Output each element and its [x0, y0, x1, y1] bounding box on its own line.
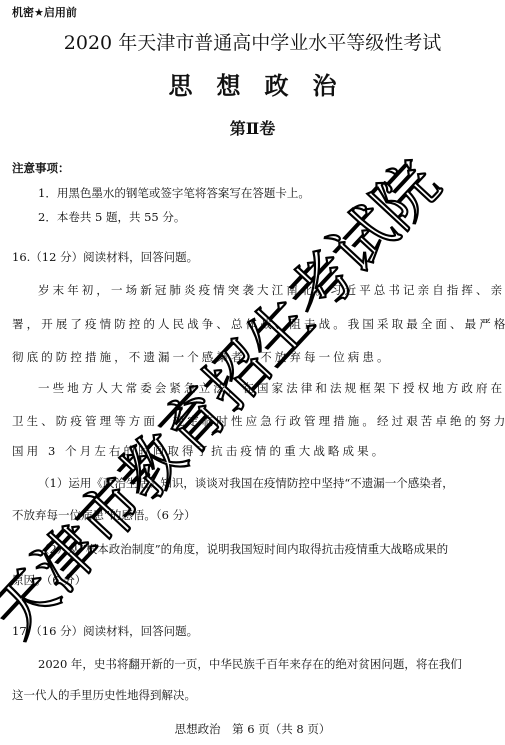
- sub-question-1-cont: 不放弃每一位病患”的感悟。（6 分）: [12, 507, 196, 523]
- question-16-heading: 16.（12 分）阅读材料，回答问题。: [12, 249, 198, 265]
- page-footer: 思想政治 第 6 页（共 8 页）: [0, 721, 505, 737]
- material-line: 这一代人的手里历史性地得到解决。: [12, 687, 196, 703]
- material-line: 卫生、防疫管理等方面，规定临时性应急行政管理措施。经过艰苦卓绝的努力，我: [12, 413, 505, 429]
- material-line: 2020 年，史书将翻开新的一页，中华民族千百年来存在的绝对贫困问题，将在我们: [38, 656, 462, 672]
- notice-item: 2．本卷共 5 题，共 55 分。: [38, 209, 185, 225]
- question-17-heading: 17.（16 分）阅读材料，回答问题。: [12, 623, 198, 639]
- material-line: 国用 3 个月左右的时间取得了抗击疫情的重大战略成果。: [12, 443, 386, 459]
- notice-heading: 注意事项：: [12, 160, 70, 176]
- sub-question-1: （1）运用《政治生活》知识，谈谈对我国在疫情防控中坚持“不遗漏一个感染者，: [38, 475, 454, 491]
- sub-question-2: （2）从“根本政治制度”的角度，说明我国短时间内取得抗击疫情重大战略成果的: [38, 541, 448, 557]
- material-line: 一些地方人大常委会紧急立法，在国家法律和法规框架下授权地方政府在医疗: [38, 380, 505, 396]
- material-line: 彻底的防控措施，不遗漏一个感染者，不放弃每一位病患。: [12, 349, 392, 365]
- material-line: 岁末年初，一场新冠肺炎疫情突袭大江南北。习近平总书记亲自指挥、亲自部: [38, 282, 505, 298]
- subject-title: 思想政治: [0, 66, 505, 101]
- sub-question-2-cont: 原因。（6 分）: [12, 572, 86, 588]
- exam-title: 2020 年天津市普通高中学业水平等级性考试: [0, 28, 505, 55]
- confidential-label: 机密★启用前: [12, 4, 77, 20]
- notice-item: 1．用黑色墨水的钢笔或签字笔将答案写在答题卡上。: [38, 185, 310, 201]
- volume-title: 第Ⅱ卷: [0, 116, 505, 139]
- material-line: 署，开展了疫情防控的人民战争、总体战、阻击战。我国采取最全面、最严格、最: [12, 316, 505, 332]
